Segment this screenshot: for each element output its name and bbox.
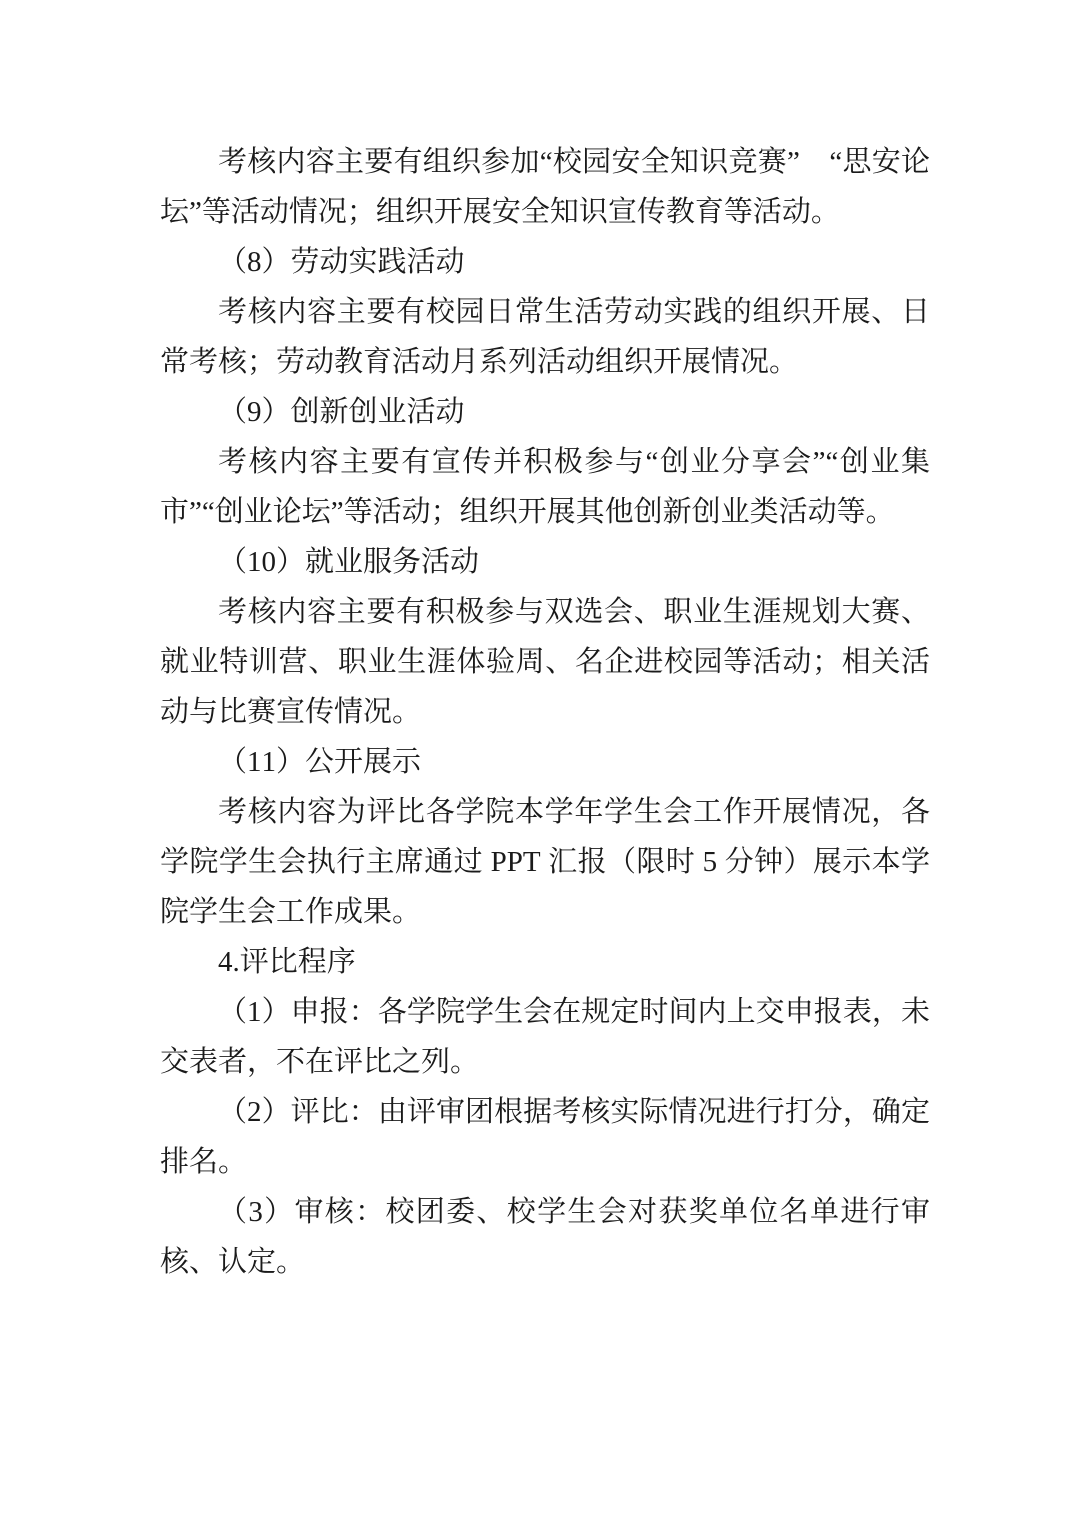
paragraph-labor-practice-assessment: 考核内容主要有校园日常生活劳动实践的组织开展、日常考核；劳动教育活动月系列活动组… xyxy=(160,287,930,387)
paragraph-step-3-review: （3）审核：校团委、校学生会对获奖单位名单进行审核、认定。 xyxy=(160,1187,930,1287)
paragraph-safety-activities-assessment: 考核内容主要有组织参加“校园安全知识竞赛” “思安论坛”等活动情况；组织开展安全… xyxy=(160,137,930,237)
paragraph-public-display-assessment: 考核内容为评比各学院本学年学生会工作开展情况，各学院学生会执行主席通过 PPT … xyxy=(160,787,930,937)
paragraph-employment-assessment: 考核内容主要有积极参与双选会、职业生涯规划大赛、就业特训营、职业生涯体验周、名企… xyxy=(160,587,930,737)
paragraph-step-1-application: （1）申报：各学院学生会在规定时间内上交申报表，未交表者，不在评比之列。 xyxy=(160,987,930,1087)
heading-item-10-employment-service: （10）就业服务活动 xyxy=(160,537,930,587)
heading-item-8-labor-practice: （8）劳动实践活动 xyxy=(160,237,930,287)
heading-section-4-evaluation-procedure: 4.评比程序 xyxy=(160,937,930,987)
paragraph-step-2-evaluation: （2）评比：由评审团根据考核实际情况进行打分，确定排名。 xyxy=(160,1087,930,1187)
document-body: 考核内容主要有组织参加“校园安全知识竞赛” “思安论坛”等活动情况；组织开展安全… xyxy=(160,137,930,1287)
document-page: 考核内容主要有组织参加“校园安全知识竞赛” “思安论坛”等活动情况；组织开展安全… xyxy=(0,0,1074,1520)
paragraph-innovation-assessment: 考核内容主要有宣传并积极参与“创业分享会”“创业集市”“创业论坛”等活动；组织开… xyxy=(160,437,930,537)
heading-item-9-innovation: （9）创新创业活动 xyxy=(160,387,930,437)
heading-item-11-public-display: （11）公开展示 xyxy=(160,737,930,787)
